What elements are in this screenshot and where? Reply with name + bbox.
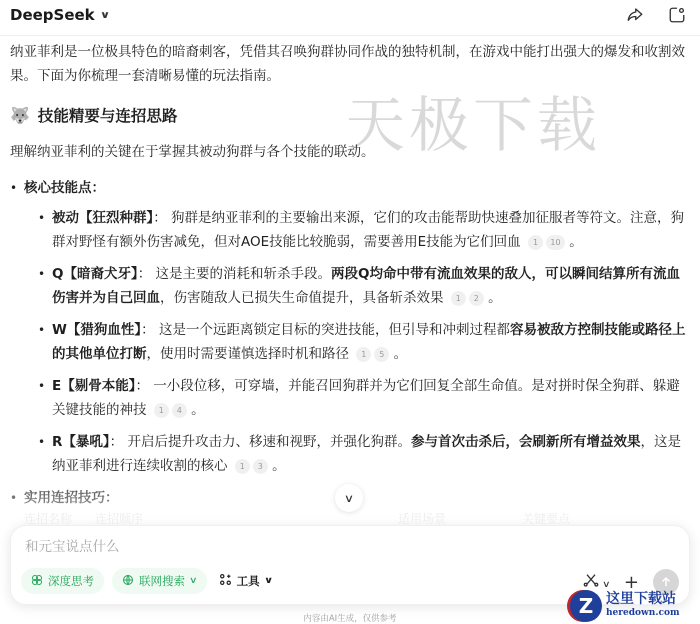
skill-name: E【剔骨本能】 xyxy=(52,378,135,394)
scroll-to-bottom-button[interactable]: ∨ xyxy=(335,484,363,512)
skill-tail: ，使用时需要谨慎选择时机和路径 xyxy=(147,346,350,362)
period: 。 xyxy=(191,402,205,418)
web-search-label: 联网搜索 xyxy=(139,573,185,589)
skill-item-r: R【暴吼】： 开启后提升攻击力、移速和视野，并强化狗群。参与首次击杀后，会刷新所… xyxy=(38,430,690,478)
skill-name: W【猎狗血性】 xyxy=(52,322,141,338)
chevron-down-icon: ∨ xyxy=(263,576,273,586)
skill-text: 这是主要的消耗和斩杀手段。 xyxy=(156,266,332,282)
section-intro: 理解纳亚菲利的关键在于掌握其被动狗群与各个技能的联动。 xyxy=(10,140,690,164)
combo-tips-label: 实用连招技巧： xyxy=(24,490,119,506)
colon: ： xyxy=(138,266,152,282)
deep-think-toggle[interactable]: 深度思考 xyxy=(21,568,104,594)
section-title: 技能精要与连招思路 xyxy=(38,104,178,128)
citation-badge[interactable]: 4 xyxy=(172,403,187,418)
period: 。 xyxy=(394,346,408,362)
core-skills-label: 核心技能点： xyxy=(24,180,105,196)
new-chat-icon[interactable] xyxy=(666,4,688,26)
intro-paragraph: 纳亚菲利是一位极具特色的暗裔刺客，凭借其召唤狗群协同作战的独特机制，在游戏中能打… xyxy=(10,40,690,88)
skill-item-w: W【猎狗血性】： 这是一个远距离锁定目标的突进技能，但引导和冲刺过程都容易被敌方… xyxy=(38,318,690,366)
period: 。 xyxy=(272,458,286,474)
citation-badge[interactable]: 1 xyxy=(451,291,466,306)
period: 。 xyxy=(569,234,583,250)
citation-badge[interactable]: 1 xyxy=(235,459,250,474)
core-skills-item: 核心技能点： 被动【狂烈种群】： 狗群是纳亚菲利的主要输出来源，它们的攻击能帮助… xyxy=(10,176,690,478)
section-heading: 🐺 技能精要与连招思路 xyxy=(10,104,690,128)
citation-badge[interactable]: 10 xyxy=(546,235,565,250)
globe-icon xyxy=(122,574,134,589)
tools-label: 工具 xyxy=(237,573,260,589)
send-button[interactable] xyxy=(653,569,679,595)
message-input[interactable] xyxy=(25,536,525,558)
tools-icon xyxy=(219,573,232,589)
response-content: 纳亚菲利是一位极具特色的暗裔刺客，凭借其召唤狗群协同作战的独特机制，在游戏中能打… xyxy=(10,40,690,510)
citation-badge[interactable]: 1 xyxy=(528,235,543,250)
colon: ： xyxy=(141,322,155,338)
skill-text: 这是一个远距离锁定目标的突进技能，但引导和冲刺过程都 xyxy=(159,322,510,338)
ai-disclaimer: 内容由AI生成，仅供参考 xyxy=(0,612,700,624)
citation-badge[interactable]: 2 xyxy=(469,291,484,306)
arrow-up-icon xyxy=(660,576,672,588)
tools-menu-button[interactable]: 工具 ∨ xyxy=(215,568,276,594)
deep-think-label: 深度思考 xyxy=(48,573,94,589)
chevron-down-icon: ∨ xyxy=(602,580,611,590)
top-bar: DeepSeek ∨ xyxy=(0,0,700,36)
colon: ： xyxy=(110,434,124,450)
skills-list: 被动【狂烈种群】： 狗群是纳亚菲利的主要输出来源，它们的攻击能帮助快速叠加征服者… xyxy=(24,206,690,478)
add-attachment-button[interactable]: + xyxy=(624,572,639,593)
citation-badge[interactable]: 1 xyxy=(356,347,371,362)
model-selector[interactable]: DeepSeek ∨ xyxy=(10,6,109,24)
citation-badge[interactable]: 3 xyxy=(253,459,268,474)
model-name: DeepSeek xyxy=(10,6,95,24)
period: 。 xyxy=(488,290,502,306)
wolf-icon: 🐺 xyxy=(10,104,30,128)
colon: ： xyxy=(135,378,149,394)
skill-name: R【暴吼】 xyxy=(52,434,110,450)
share-icon[interactable] xyxy=(624,4,646,26)
skill-item-q: Q【暗裔犬牙】： 这是主要的消耗和斩杀手段。两段Q均命中带有流血效果的敌人，可以… xyxy=(38,262,690,310)
colon: ： xyxy=(153,210,167,226)
chevron-down-icon: ∨ xyxy=(99,10,110,21)
skill-bold: 参与首次击杀后，会刷新所有增益效果 xyxy=(411,434,641,450)
skill-name: Q【暗裔犬牙】 xyxy=(52,266,138,282)
skill-text: 开启后提升攻击力、移速和视野，并强化狗群。 xyxy=(127,434,411,450)
chevron-down-icon: ∨ xyxy=(189,576,198,586)
deep-think-icon xyxy=(31,574,43,589)
skill-tail: ，伤害随敌人已损失生命值提升，具备斩杀效果 xyxy=(160,290,444,306)
citation-badge[interactable]: 1 xyxy=(154,403,169,418)
web-search-toggle[interactable]: 联网搜索 ∨ xyxy=(112,568,207,594)
message-composer: 深度思考 联网搜索 ∨ 工具 ∨ ∨ + xyxy=(10,525,690,605)
skill-name: 被动【狂烈种群】 xyxy=(52,210,153,226)
skill-item-passive: 被动【狂烈种群】： 狗群是纳亚菲利的主要输出来源，它们的攻击能帮助快速叠加征服者… xyxy=(38,206,690,254)
skill-item-e: E【剔骨本能】： 一小段位移，可穿墙，并能召回狗群并为它们回复全部生命值。是对拼… xyxy=(38,374,690,422)
model-switch-button[interactable]: ∨ xyxy=(583,573,610,591)
citation-badge[interactable]: 5 xyxy=(374,347,389,362)
chevron-down-icon: ∨ xyxy=(344,492,354,505)
